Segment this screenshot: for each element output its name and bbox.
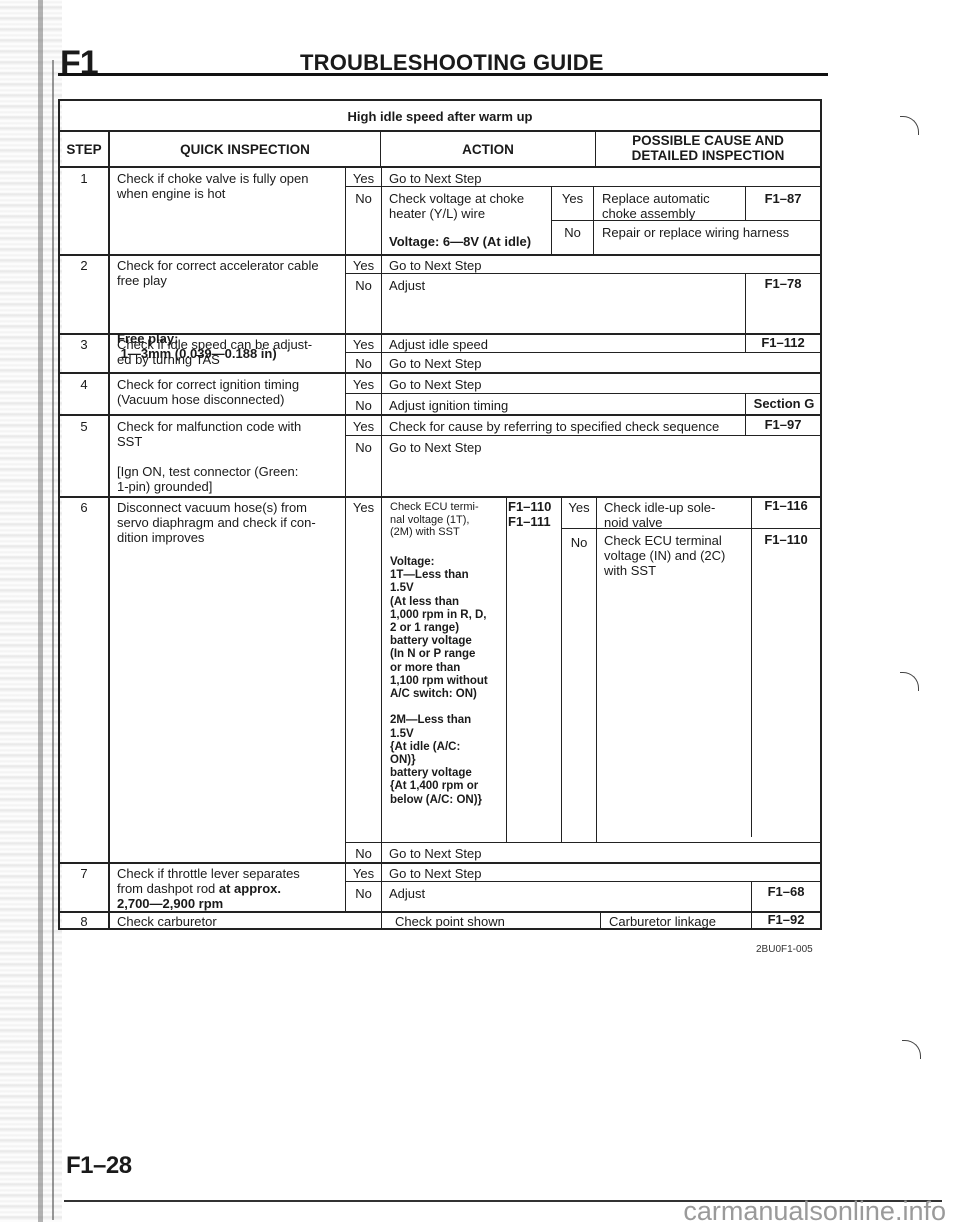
no-label: No [346,278,381,293]
page-reference: F1–110F1–111 [508,499,551,529]
page-reference: Section G [746,396,822,411]
margin-mark [900,672,919,691]
step-inspection: Check for malfunction code withSST [117,419,301,449]
step-number: 1 [60,171,108,186]
margin-mark [900,116,919,135]
scan-binding-line [52,60,54,1220]
no-label: No [346,191,381,206]
no-label: No [552,225,593,240]
table-title: High idle speed after warm up [60,109,820,124]
action-text: Adjust ignition timing [389,398,508,413]
page-reference: F1–97 [746,417,820,432]
step-inspection: Check if idle speed can be adjust-ed by … [117,337,312,367]
page-reference: F1–78 [746,276,820,291]
step-inspection: Check if choke valve is fully openwhen e… [117,171,308,201]
action-text: Check ECU termi-nal voltage (1T),(2M) wi… [390,501,479,539]
yes-label: Yes [346,258,381,273]
action-text: Go to Next Step [389,356,482,371]
no-label: No [346,886,381,901]
page-reference: F1–110 [752,532,820,547]
no-label: No [346,440,381,455]
step-number: 5 [60,419,108,434]
header-rule [58,73,828,76]
margin-mark [902,1040,921,1059]
action-text: Check point shown [395,914,505,929]
page-reference: F1–87 [746,191,820,206]
yes-label: Yes [346,171,381,186]
watermark: carmanualsonline.info [683,1196,946,1222]
no-label: No [346,356,381,371]
action-text: Go to Next Step [389,440,482,455]
cause-text: Carburetor linkage [609,914,716,929]
action-text: Go to Next Step [389,171,482,186]
action-text: Go to Next Step [389,258,482,273]
step-number: 7 [60,866,108,881]
page-number: F1–28 [66,1152,132,1180]
page-reference: F1–68 [752,884,820,899]
step-number: 2 [60,258,108,273]
yes-label: Yes [346,337,381,352]
step-inspection: Check for correct accelerator cablefree … [117,258,319,288]
column-header-step: STEP [60,142,108,157]
action-text: Check voltage at chokeheater (Y/L) wire [389,191,524,221]
no-label: No [346,398,381,413]
step-note: [Ign ON, test connector (Green:1-pin) gr… [117,464,298,494]
yes-label: Yes [562,500,596,515]
column-header-possible-cause: POSSIBLE CAUSE AND DETAILED INSPECTION [596,133,820,163]
cause-text: Replace automaticchoke assembly [602,191,710,221]
step-inspection: Disconnect vacuum hose(s) fromservo diap… [117,500,316,545]
step-inspection: Check if throttle lever separates from d… [117,866,300,911]
action-text: Adjust idle speed [389,337,488,352]
page-reference: F1–92 [752,912,820,927]
step-number: 3 [60,337,108,352]
action-text: Adjust [389,278,425,293]
yes-label: Yes [552,191,593,206]
step-number: 6 [60,500,108,515]
cause-text: Repair or replace wiring harness [602,225,789,240]
yes-label: Yes [346,866,381,881]
figure-code: 2BU0F1-005 [756,944,813,955]
step-inspection: Check for correct ignition timing(Vacuum… [117,377,299,407]
column-header-quick-inspection: QUICK INSPECTION [110,142,380,157]
action-text: Go to Next Step [389,866,482,881]
step-number: 8 [60,914,108,929]
cause-text: Check idle-up sole-noid valve [604,500,715,530]
action-text: Check for cause by referring to specifie… [389,419,719,434]
spec-text: Voltage: 6—8V (At idle) [389,234,531,249]
action-text: Go to Next Step [389,846,482,861]
yes-label: Yes [346,419,381,434]
step-number: 4 [60,377,108,392]
step-inspection: Check carburetor [117,914,217,929]
scan-binding-shadow [38,0,43,1222]
column-header-action: ACTION [381,142,595,157]
cause-text: Check ECU terminalvoltage (IN) and (2C)w… [604,533,725,578]
voltage-spec: Voltage:1T—Less than1.5V(At less than1,0… [390,556,488,807]
action-text: Adjust [389,886,425,901]
action-text: Go to Next Step [389,377,482,392]
no-label: No [562,535,596,550]
yes-label: Yes [346,500,381,515]
section-label: F1 [60,44,98,83]
no-label: No [346,846,381,861]
yes-label: Yes [346,377,381,392]
page-reference: F1–116 [752,498,820,513]
page-reference: F1–112 [746,335,820,350]
